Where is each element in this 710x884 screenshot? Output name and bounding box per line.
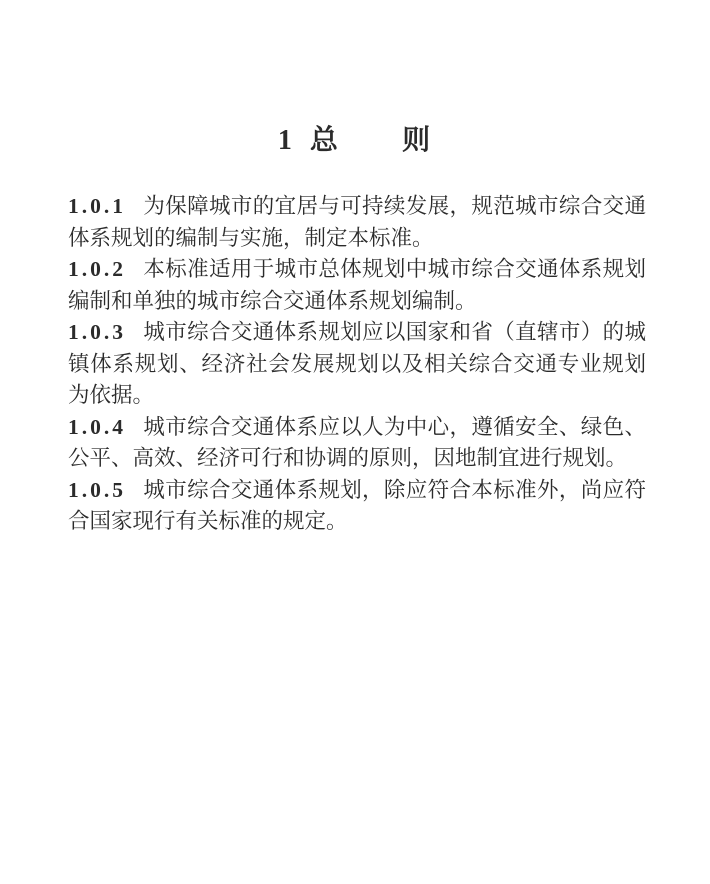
clause-number: 1.0.5 [68,478,126,502]
clause-text: 城市综合交通体系应以人为中心，遵循安全、绿色、公平、高效、经济可行和协调的原则，… [68,415,646,471]
clause-number: 1.0.3 [68,320,126,344]
clause-text: 城市综合交通体系规划应以国家和省（直辖市）的城镇体系规划、经济社会发展规划以及相… [68,320,646,407]
clause-1-0-4: 1.0.4城市综合交通体系应以人为中心，遵循安全、绿色、公平、高效、经济可行和协… [68,412,646,475]
clause-1-0-5: 1.0.5城市综合交通体系规划，除应符合本标准外，尚应符合国家现行有关标准的规定… [68,475,646,538]
clause-text: 城市综合交通体系规划，除应符合本标准外，尚应符合国家现行有关标准的规定。 [68,478,646,534]
clause-1-0-2: 1.0.2本标准适用于城市总体规划中城市综合交通体系规划编制和单独的城市综合交通… [68,254,646,317]
chapter-title: 1总 则 [0,118,710,158]
chapter-number: 1 [278,125,294,156]
clause-text: 为保障城市的宜居与可持续发展，规范城市综合交通体系规划的编制与实施，制定本标准。 [68,194,646,250]
clause-number: 1.0.1 [68,194,126,218]
document-page: 1总 则 1.0.1为保障城市的宜居与可持续发展，规范城市综合交通体系规划的编制… [0,0,710,884]
clause-list: 1.0.1为保障城市的宜居与可持续发展，规范城市综合交通体系规划的编制与实施，制… [68,191,646,538]
clause-number: 1.0.2 [68,257,126,281]
chapter-title-label: 总 则 [310,125,432,156]
clause-number: 1.0.4 [68,415,126,439]
clause-1-0-1: 1.0.1为保障城市的宜居与可持续发展，规范城市综合交通体系规划的编制与实施，制… [68,191,646,254]
clause-text: 本标准适用于城市总体规划中城市综合交通体系规划编制和单独的城市综合交通体系规划编… [68,257,646,313]
clause-1-0-3: 1.0.3城市综合交通体系规划应以国家和省（直辖市）的城镇体系规划、经济社会发展… [68,317,646,412]
